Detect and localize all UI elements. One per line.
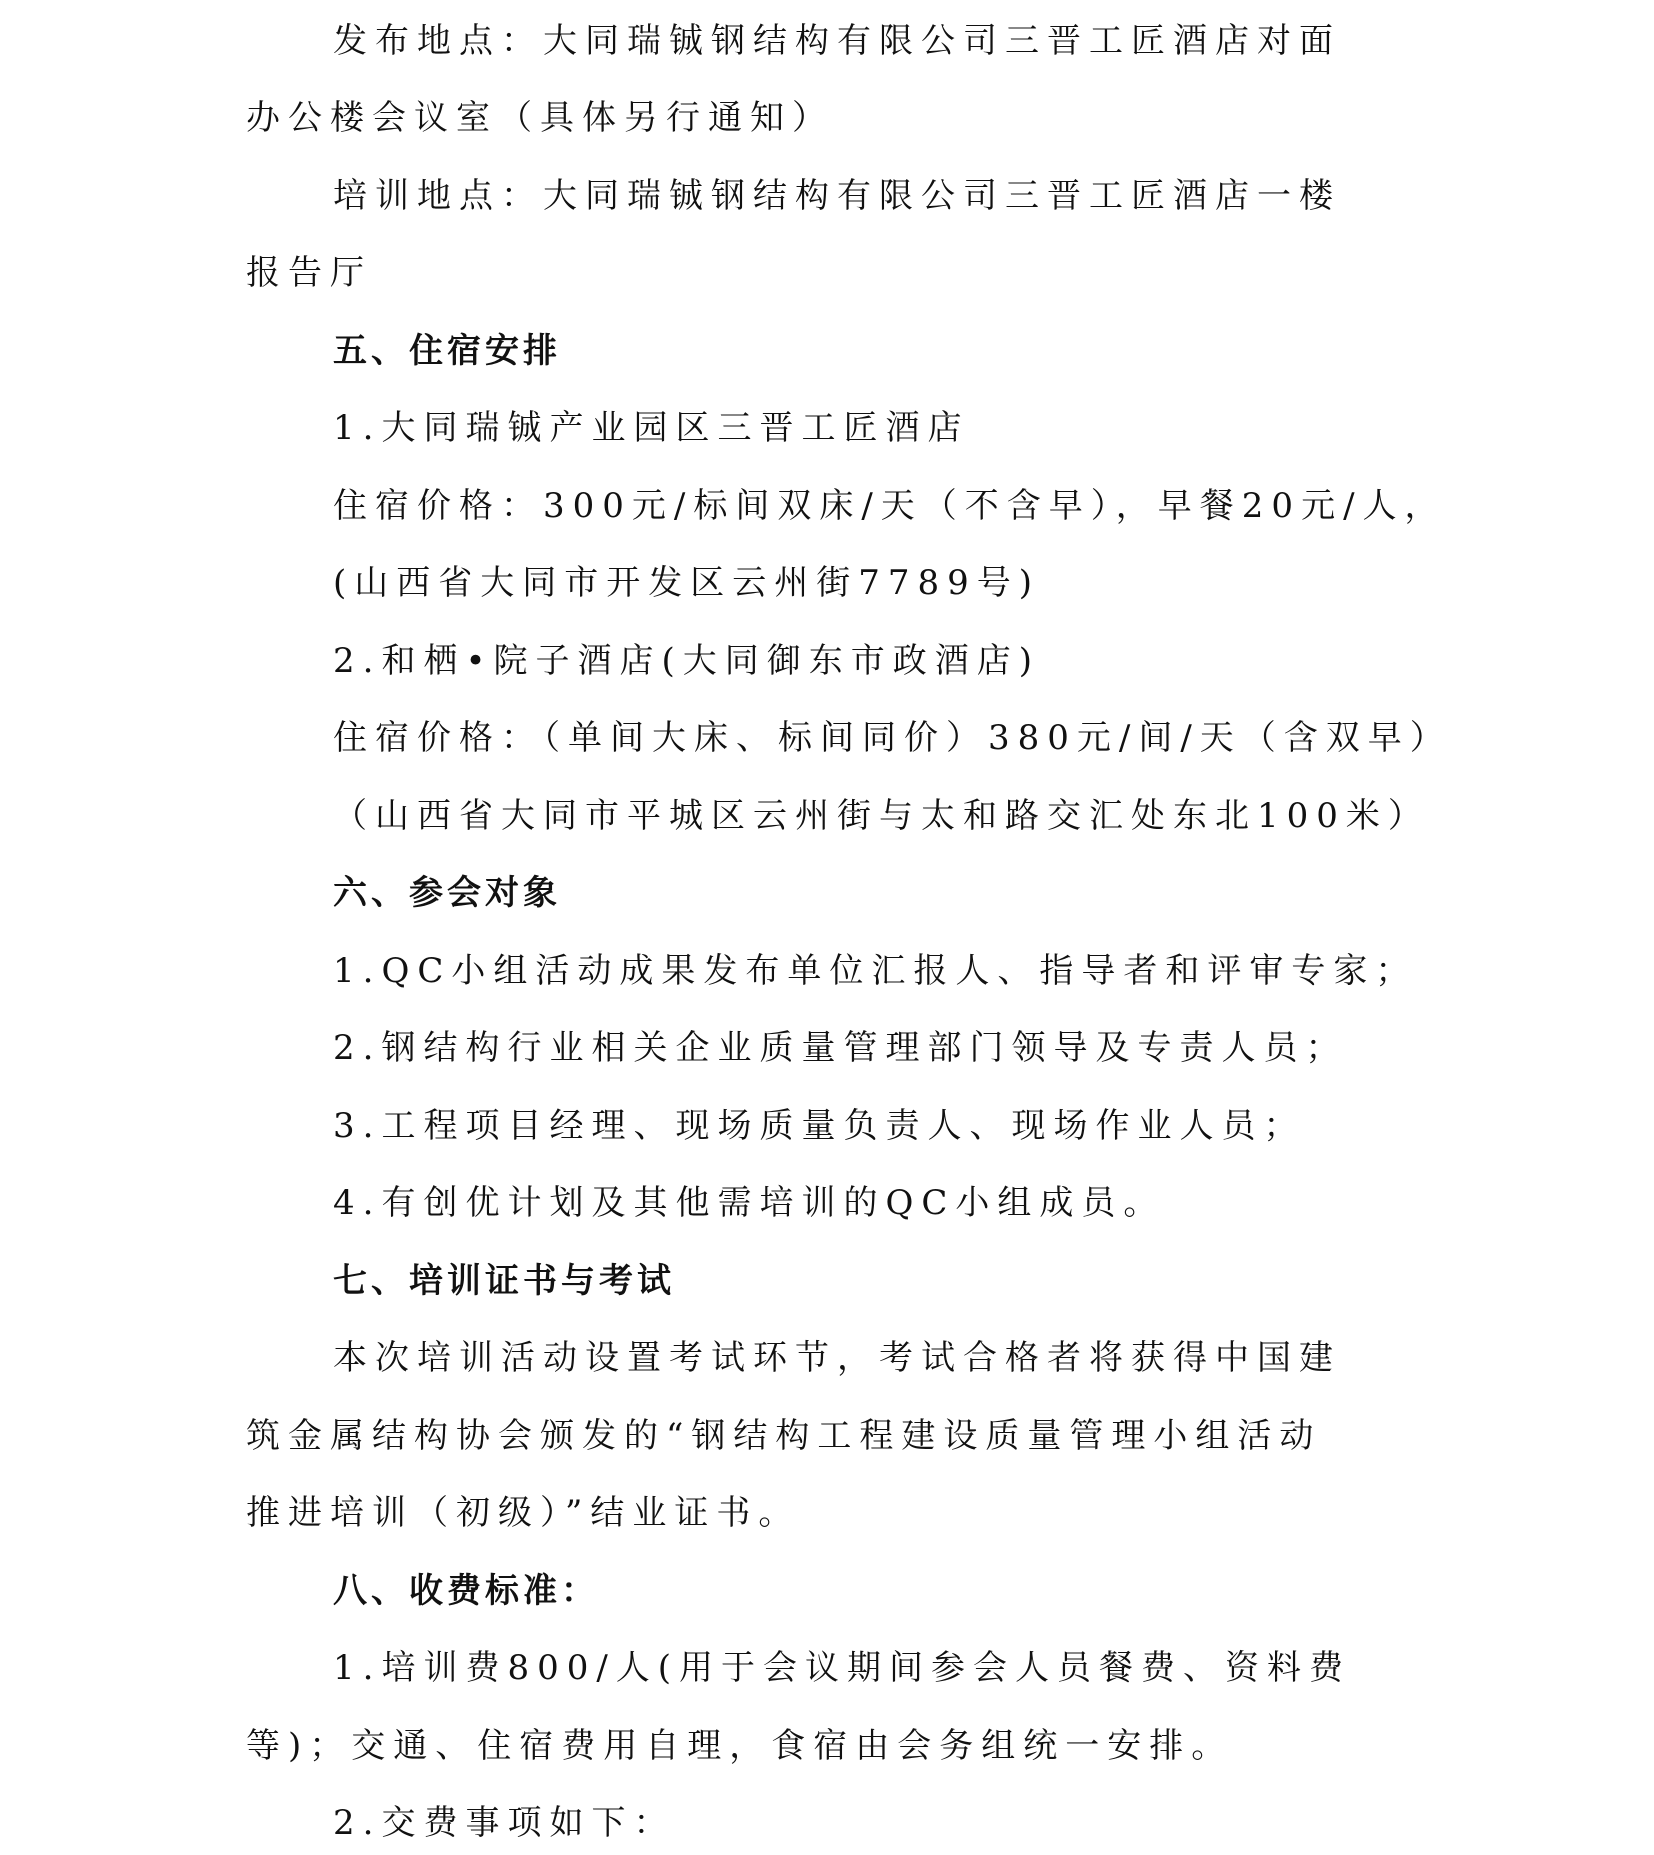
section-heading-fees: 八、收费标准：	[333, 1571, 599, 1611]
text-line-fee-1: 1.培训费800/人(用于会议期间参会人员餐费、资料费	[333, 1648, 1351, 1688]
list-item-attendee-3: 3.工程项目经理、现场质量负责人、现场作业人员；	[333, 1106, 1305, 1146]
text-line-hotel-1-price: 住宿价格：300元/标间双床/天（不含早），早餐20元/人，	[333, 486, 1447, 526]
section-heading-attendees: 六、参会对象	[333, 873, 561, 913]
text-line-training-venue-cont: 报告厅	[246, 253, 372, 293]
section-heading-accommodation: 五、住宿安排	[333, 331, 561, 371]
text-line-hotel-2: 2.和栖•院子酒店(大同御东市政酒店)	[333, 641, 1040, 681]
text-line-fee-2: 2.交费事项如下：	[333, 1803, 675, 1843]
list-item-attendee-4: 4.有创优计划及其他需培训的QC小组成员。	[333, 1183, 1165, 1223]
text-line-certificate-3: 推进培训（初级）”结业证书。	[246, 1493, 800, 1533]
text-line-publish-venue-cont: 办公楼会议室（具体另行通知）	[246, 98, 834, 138]
list-item-attendee-2: 2.钢结构行业相关企业质量管理部门领导及专责人员；	[333, 1028, 1347, 1068]
text-line-hotel-1: 1.大同瑞铖产业园区三晋工匠酒店	[333, 408, 969, 448]
text-line-hotel-2-price: 住宿价格：（单间大床、标间同价）380元/间/天（含双早）	[333, 718, 1452, 758]
text-line-certificate-2: 筑金属结构协会颁发的“钢结构工程建设质量管理小组活动	[246, 1416, 1321, 1456]
text-line-hotel-1-address: (山西省大同市开发区云州街7789号)	[333, 563, 1040, 603]
text-line-training-venue: 培训地点：大同瑞铖钢结构有限公司三晋工匠酒店一楼	[333, 176, 1341, 216]
list-item-attendee-1: 1.QC小组活动成果发布单位汇报人、指导者和评审专家；	[333, 951, 1417, 991]
text-line-hotel-2-address: （山西省大同市平城区云州街与太和路交汇处东北100米）	[333, 796, 1430, 836]
text-line-certificate-1: 本次培训活动设置考试环节，考试合格者将获得中国建	[333, 1338, 1341, 1378]
section-heading-certificate: 七、培训证书与考试	[333, 1261, 675, 1301]
text-line-fee-1-cont: 等)；交通、住宿费用自理，食宿由会务组统一安排。	[246, 1726, 1233, 1766]
text-line-publish-venue: 发布地点：大同瑞铖钢结构有限公司三晋工匠酒店对面	[333, 21, 1341, 61]
